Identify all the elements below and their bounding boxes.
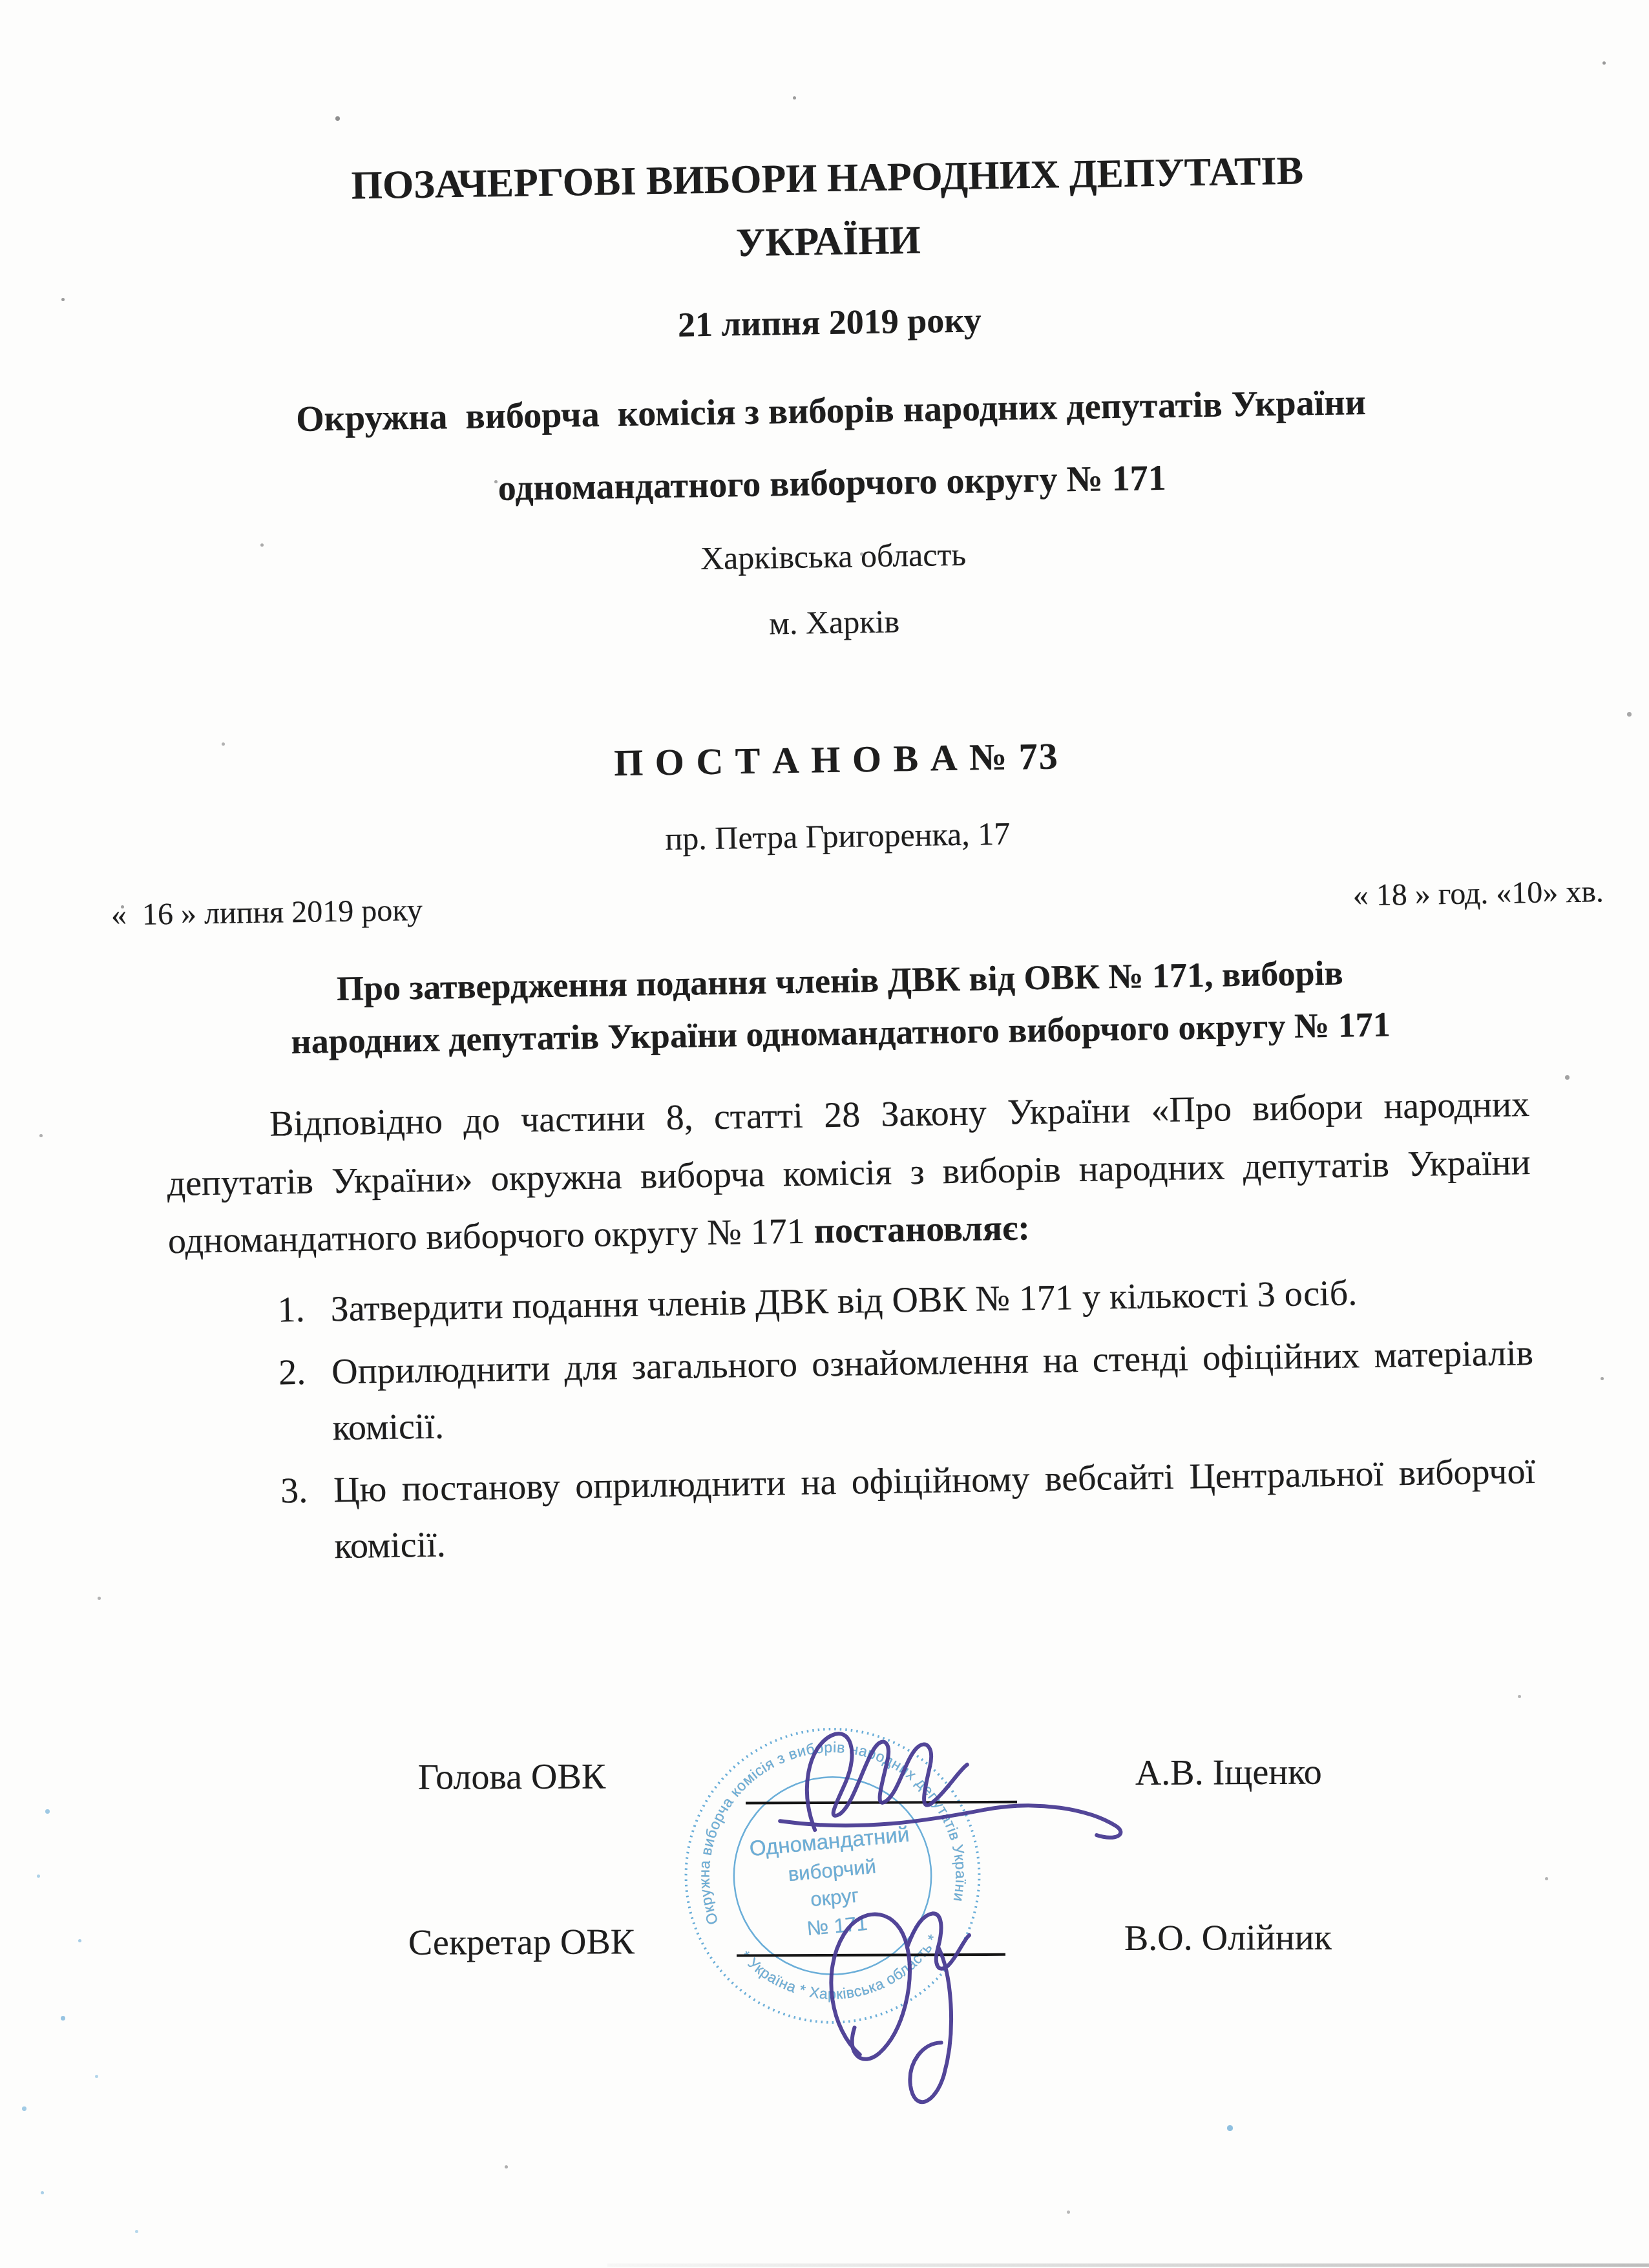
signature-role-chairman: Голова ОВК xyxy=(418,1756,606,1798)
resolution-intro-paragraph: Відповідно до частини 8, статті 28 Закон… xyxy=(166,1076,1532,1271)
list-item-number: 3. xyxy=(280,1463,335,1576)
resolution-subject: Про затвердження подання членів ДВК від … xyxy=(109,943,1571,1071)
resolution-title: П О С Т А Н О В А № 73 xyxy=(12,725,1649,794)
city-name: м. Харків xyxy=(10,591,1649,654)
secretary-signature-descender xyxy=(910,1947,952,2102)
secretary-signature-mid xyxy=(907,1913,969,1969)
list-item-text: Оприлюднити для загального ознайомлення … xyxy=(331,1325,1535,1456)
secretary-signature-ink xyxy=(831,1914,910,2059)
commission-name-line2: одномандатного виборчого округу № 171 xyxy=(7,450,1649,517)
resolution-items-list: 1. Затвердити подання членів ДВК від ОВК… xyxy=(169,1263,1537,1577)
document-title: ПОЗАЧЕРГОВІ ВИБОРИ НАРОДНИХ ДЕПУТАТІВ УК… xyxy=(213,138,1443,282)
resolution-date: « 16 » липня 2019 року xyxy=(111,892,423,933)
commission-address: пр. Петра Григоренка, 17 xyxy=(13,804,1649,868)
commission-name-line1: Окружна виборча комісія з виборів народн… xyxy=(6,377,1649,445)
list-item-text: Затвердити подання членів ДВК від ОВК № … xyxy=(330,1263,1533,1338)
resolution-datetime-row: « 16 » липня 2019 року « 18 » год. «10» … xyxy=(14,873,1649,934)
signature-role-secretary: Секретар ОВК xyxy=(408,1921,635,1964)
scan-noise-blue xyxy=(0,0,2,2)
signature-section: Окружна виборча комісія з виборів народн… xyxy=(0,1689,1649,2213)
region-name: Харківська область xyxy=(8,525,1649,588)
list-item-number: 2. xyxy=(278,1344,333,1457)
chairman-signature-tail xyxy=(780,1805,1120,1839)
list-item-text: Цю постанову оприлюднити на офіційному в… xyxy=(333,1444,1536,1575)
resolution-time: « 18 » год. «10» хв. xyxy=(1352,874,1604,913)
list-item: 2. Оприлюднити для загального ознайомлен… xyxy=(170,1325,1535,1459)
document-upper-content: ПОЗАЧЕРГОВІ ВИБОРИ НАРОДНИХ ДЕПУТАТІВ УК… xyxy=(0,0,1649,1580)
election-date: 21 липня 2019 року xyxy=(5,289,1649,355)
scanned-document-page: ПОЗАЧЕРГОВІ ВИБОРИ НАРОДНИХ ДЕПУТАТІВ УК… xyxy=(0,0,1649,2268)
list-item: 3. Цю постанову оприлюднити на офіційном… xyxy=(171,1444,1536,1577)
list-item-number: 1. xyxy=(277,1281,331,1338)
handwritten-signatures xyxy=(645,1692,1177,2185)
intro-decides-word: постановляє: xyxy=(814,1208,1030,1252)
scan-bottom-edge-shadow xyxy=(607,2263,1649,2267)
